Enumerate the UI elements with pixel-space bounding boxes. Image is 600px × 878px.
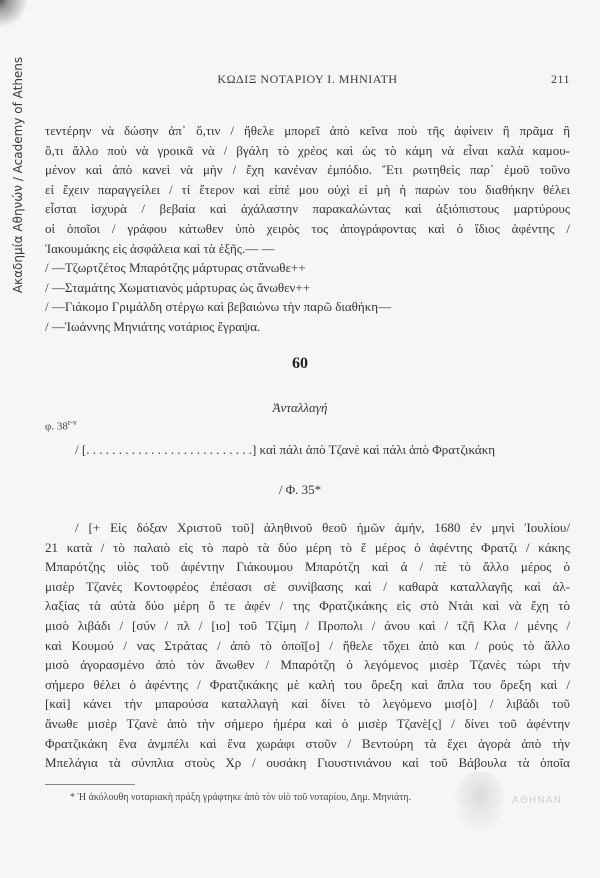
signature-line: / —Σταμάτης Χωματιανὸς μάρτυρας ὡς ἄνωθε…: [45, 278, 570, 298]
document-number: 60: [0, 355, 600, 373]
text-line: εἶσται ἰσχυρὰ / βεβαία καὶ ἀχάλαστην παρ…: [45, 199, 570, 219]
text-line: καὶ Κουμού / νας Στράτας / ἀπὸ τὸ ὁποῖ[ο…: [45, 636, 570, 656]
running-header: ΚΩΔΙΞ ΝΟΤΑΡΙΟΥ Ι. ΜΗΝΙΑΤΗ 211: [45, 72, 570, 88]
scan-corner-shadow: [0, 0, 30, 30]
text-line: ἄνωθε μισὲρ Τζανὲ ἀπὸ τὴν σήμερο ἡμέρα κ…: [45, 714, 570, 734]
signature-line: / —Γιάκομο Γριμάλδη στέργω καὶ βεβαιώνω …: [45, 297, 570, 317]
text-line: μισὲρ Τζανὲς Κοντοφρέος ἐπέσασι σὲ συνίβ…: [45, 577, 570, 597]
signature-line: / —Ἰωάννης Μηνιάτης νοτάριος ἔγραψα.: [45, 317, 570, 337]
text-line: μένον καὶ ἀπὸ κανεὶ νὰ μὴν / ἔχη κανέναν…: [45, 160, 570, 180]
footnote: * Ἡ ἀκόλουθη νοταριακὴ πράξη γράφτηκε ἀπ…: [70, 792, 411, 803]
folio-superscript: r-v: [68, 418, 77, 427]
page-number: 211: [551, 72, 570, 87]
lacuna-line: / [. . . . . . . . . . . . . . . . . . .…: [75, 440, 570, 460]
folio-marker: / Φ. 35*: [0, 482, 600, 498]
folio-label: φ. 38: [45, 421, 68, 433]
academy-seal-icon: [455, 772, 505, 832]
signature-line: / —Τζωρτζέτος Μπαρότζης μάρτυρας στἄνωθε…: [45, 258, 570, 278]
text-line: Φρατζικάκη ἕνα ἀνμπέλι καὶ ἕνα χωράφι στ…: [45, 734, 570, 754]
seal-text: ΑΘΗΝΑΝ: [512, 795, 562, 806]
watermark-text: Ακαδημία Αθηνών / Academy of Athens: [11, 57, 25, 293]
text-line: Μπελάγια τὰ σύνπλια στοὺς Χρ / ουσάκη Γι…: [45, 753, 570, 773]
text-line: Μπαρότζης υἱὸς τοῦ ἀφέντην Γιάκουμου Μπα…: [45, 557, 570, 577]
signature-list: / —Τζωρτζέτος Μπαρότζης μάρτυρας στἄνωθε…: [45, 258, 570, 336]
text-line: μισὸ λιβάδι / [σύν / πλ / [ιο] τοῦ Τζίμη…: [45, 616, 570, 636]
document-body: / [+ Εἰς δόξαν Χριστοῦ τοῦ] ἀληθινοῦ θεο…: [45, 518, 570, 773]
previous-document-text: τεντέρην νὰ δώσην ἀπ᾽ ὅ,τιν / ἤθελε μπορ…: [45, 121, 570, 258]
text-line: 21 κατὰ / τὸ παλαιὸ εἰς τὸ παρὸ τὰ δύο μ…: [45, 538, 570, 558]
text-line: οἱ ὁποῖοι / γράφου κάτωθεν ὑπὸ χειρὸς το…: [45, 219, 570, 239]
text-line: [καὶ] κάνει τὴν μπαρούσα καταλλαγὴ καὶ δ…: [45, 694, 570, 714]
text-line: ὅ,τι ἄλλο ποὺ νὰ γροικᾶ νὰ / βγάλη τὸ χρ…: [45, 141, 570, 161]
text-line: τεντέρην νὰ δώσην ἀπ᾽ ὅ,τιν / ἤθελε μπορ…: [45, 121, 570, 141]
text-line: μισὸ ἀγορασμένο ἀπὸ τὸν ἄνωθεν / Μπαρότζ…: [45, 655, 570, 675]
side-watermark: Ακαδημία Αθηνών / Academy of Athens: [8, 40, 28, 310]
text-line: Ἰακουμάκης εἰς ἀσφάλεια καὶ τὰ ἑξῆς.— —: [45, 239, 570, 259]
running-title: ΚΩΔΙΞ ΝΟΤΑΡΙΟΥ Ι. ΜΗΝΙΑΤΗ: [45, 72, 570, 87]
text-line: σήμερο θέλει ὁ ἀφέντης / Φρατζικάκης μὲ …: [45, 675, 570, 695]
text-line: λαξίας τὰ αὐτὰ δύο μέρη ὅ τε ἀφέν / της …: [45, 596, 570, 616]
folio-note: φ. 38r-v: [45, 418, 77, 433]
text-line: εἰ ἔχειν παραγγείλει / τί ἕτερον καὶ εἰπ…: [45, 180, 570, 200]
footnote-divider: [45, 784, 135, 785]
document-title: Ἀνταλλαγή: [0, 400, 600, 416]
text-line: / [+ Εἰς δόξαν Χριστοῦ τοῦ] ἀληθινοῦ θεο…: [45, 518, 570, 538]
